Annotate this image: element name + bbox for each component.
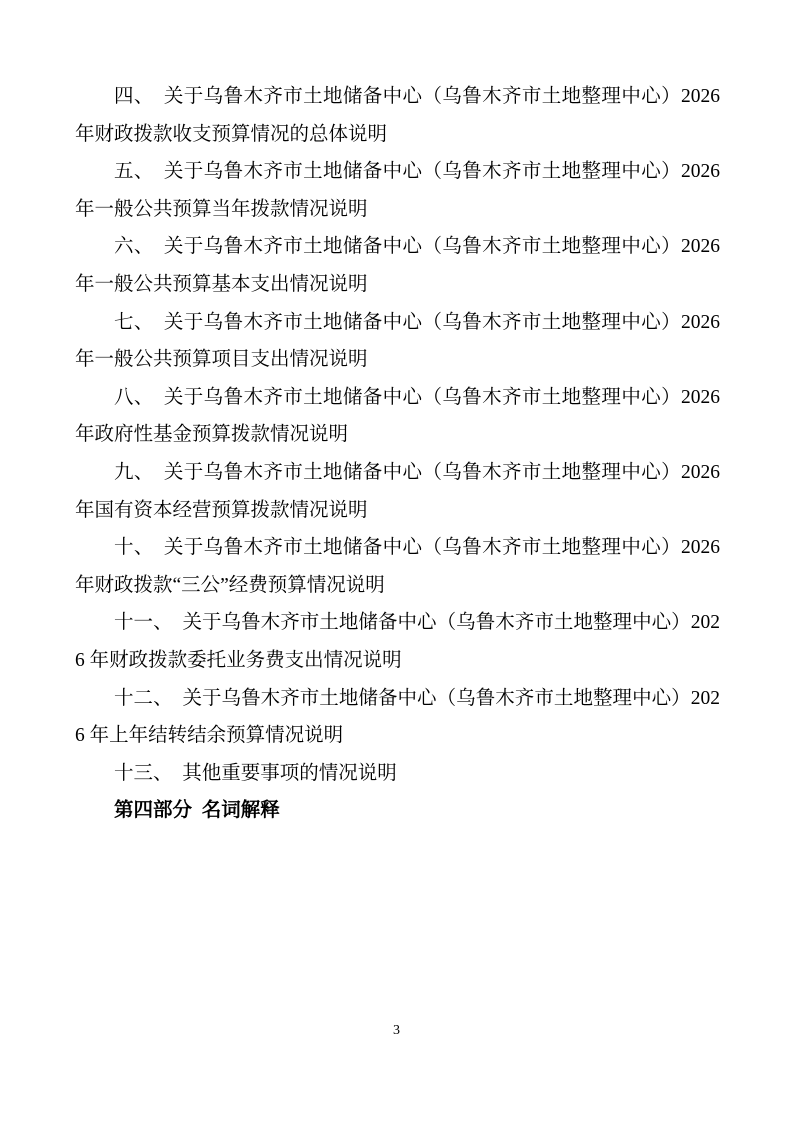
toc-item-12: 十二、 关于乌鲁木齐市土地储备中心（乌鲁木齐市土地整理中心）2026 年上年结转… [75,680,720,755]
section-heading-part4: 第四部分 名词解释 [75,792,720,830]
toc-item-6: 六、 关于乌鲁木齐市土地储备中心（乌鲁木齐市土地整理中心）2026 年一般公共预… [75,228,720,303]
toc-content: 四、 关于乌鲁木齐市土地储备中心（乌鲁木齐市土地整理中心）2026 年财政拨款收… [0,0,793,830]
toc-item-7: 七、 关于乌鲁木齐市土地储备中心（乌鲁木齐市土地整理中心）2026 年一般公共预… [75,304,720,379]
toc-item-13: 十三、 其他重要事项的情况说明 [75,755,720,793]
toc-item-10: 十、 关于乌鲁木齐市土地储备中心（乌鲁木齐市土地整理中心）2026 年财政拨款“… [75,529,720,604]
toc-item-4: 四、 关于乌鲁木齐市土地储备中心（乌鲁木齐市土地整理中心）2026 年财政拨款收… [75,78,720,153]
toc-item-9: 九、 关于乌鲁木齐市土地储备中心（乌鲁木齐市土地整理中心）2026 年国有资本经… [75,454,720,529]
toc-item-5: 五、 关于乌鲁木齐市土地储备中心（乌鲁木齐市土地整理中心）2026 年一般公共预… [75,153,720,228]
document-page: 四、 关于乌鲁木齐市土地储备中心（乌鲁木齐市土地整理中心）2026 年财政拨款收… [0,0,793,1122]
toc-item-8: 八、 关于乌鲁木齐市土地储备中心（乌鲁木齐市土地整理中心）2026 年政府性基金… [75,379,720,454]
toc-item-11: 十一、 关于乌鲁木齐市土地储备中心（乌鲁木齐市土地整理中心）2026 年财政拨款… [75,604,720,679]
page-number: 3 [0,1022,793,1040]
